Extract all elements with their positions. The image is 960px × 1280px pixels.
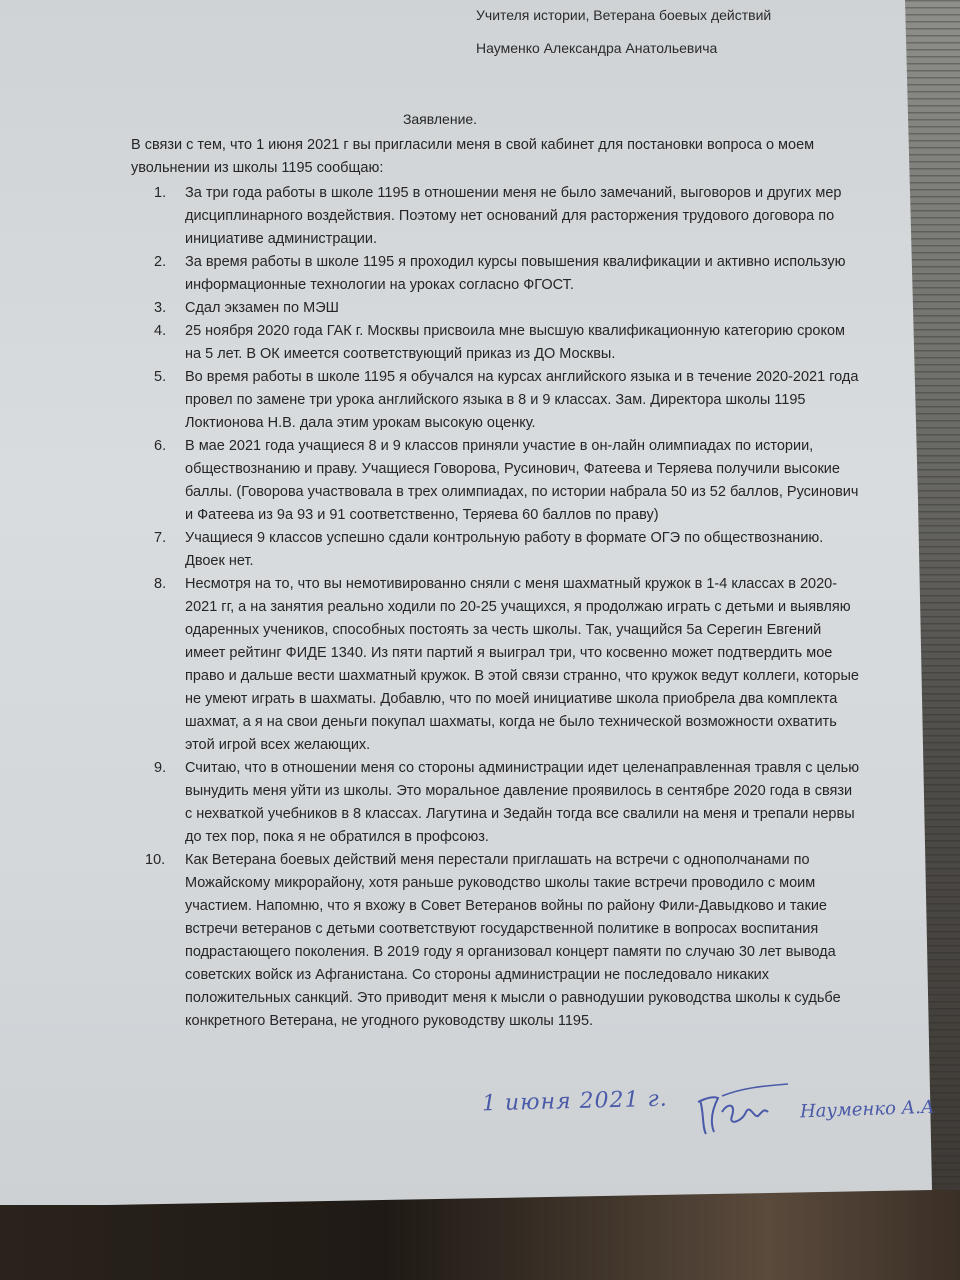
document-title: Заявление. <box>0 108 880 131</box>
list-item: 2.За время работы в школе 1195 я проходи… <box>131 251 861 297</box>
list-item: 1.За три года работы в школе 1195 в отно… <box>131 182 861 251</box>
item-number: 5. <box>154 366 166 389</box>
item-number: 3. <box>154 297 166 320</box>
document: Учителя истории, Ветерана боевых действи… <box>0 0 960 1280</box>
item-text: В мае 2021 года учащиеся 8 и 9 классов п… <box>185 438 858 523</box>
item-number: 10. <box>145 849 165 872</box>
header-name-line: Науменко Александра Анатольевича <box>476 37 717 60</box>
item-text: За три года работы в школе 1195 в отноше… <box>185 185 841 247</box>
signature-scribble-icon <box>692 1082 792 1142</box>
item-text: 25 ноября 2020 года ГАК г. Москвы присво… <box>185 323 845 362</box>
item-number: 1. <box>154 182 166 205</box>
list-item: 9.Считаю, что в отношении меня со сторон… <box>131 757 861 849</box>
handwritten-name: Науменко А.А <box>800 1096 935 1124</box>
item-number: 6. <box>154 435 166 458</box>
list-item: 8.Несмотря на то, что вы немотивированно… <box>131 573 861 757</box>
item-text: За время работы в школе 1195 я проходил … <box>185 254 845 293</box>
item-text: Учащиеся 9 классов успешно сдали контрол… <box>185 530 823 569</box>
list-item: 3.Сдал экзамен по МЭШ <box>131 297 861 320</box>
item-number: 4. <box>154 320 166 343</box>
handwritten-date: 1 июня 2021 г. <box>482 1088 668 1116</box>
list-item: 5.Во время работы в школе 1195 я обучалс… <box>131 366 861 435</box>
item-number: 2. <box>154 251 166 274</box>
item-number: 9. <box>154 757 166 780</box>
list-item: 6.В мае 2021 года учащиеся 8 и 9 классов… <box>131 435 861 527</box>
item-text: Как Ветерана боевых действий меня перест… <box>185 852 841 1029</box>
item-number: 7. <box>154 527 166 550</box>
list-item: 10.Как Ветерана боевых действий меня пер… <box>131 849 861 1033</box>
item-number: 8. <box>154 573 166 596</box>
intro-paragraph: В связи с тем, что 1 июня 2021 г вы приг… <box>131 134 831 180</box>
list-item: 4.25 ноября 2020 года ГАК г. Москвы прис… <box>131 320 861 366</box>
list-item: 7.Учащиеся 9 классов успешно сдали контр… <box>131 527 861 573</box>
item-text: Во время работы в школе 1195 я обучался … <box>185 369 858 431</box>
item-text: Несмотря на то, что вы немотивированно с… <box>185 576 859 753</box>
item-text: Сдал экзамен по МЭШ <box>185 300 339 316</box>
header-position-line: Учителя истории, Ветерана боевых действи… <box>476 4 771 27</box>
statement-list: 1.За три года работы в школе 1195 в отно… <box>131 182 861 1033</box>
item-text: Считаю, что в отношении меня со стороны … <box>185 760 859 845</box>
